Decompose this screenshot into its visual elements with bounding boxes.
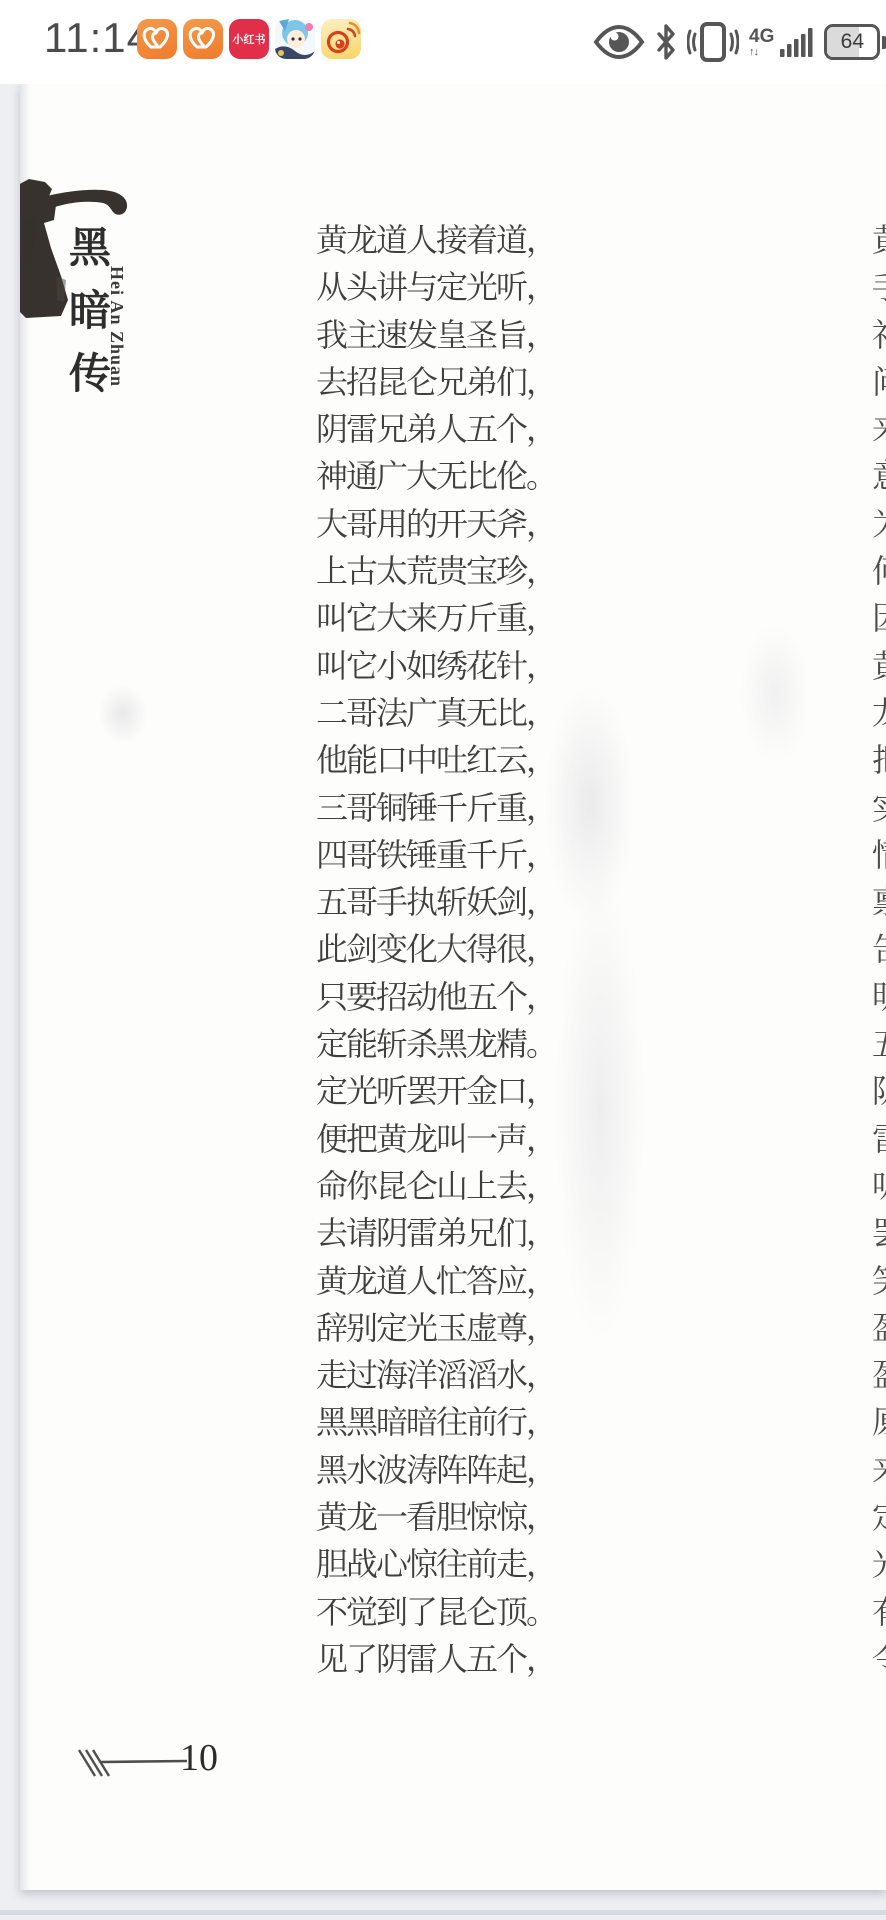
scan-smudge <box>98 684 148 744</box>
poem-line: 二哥法广真无比， <box>316 690 616 737</box>
partial-glyph: 令 <box>872 1636 886 1683</box>
poem-line: 上古太荒贵宝珍， <box>316 548 616 595</box>
poem-line: 大哥用的开天斧， <box>316 501 616 548</box>
partial-glyph: 问 <box>872 359 886 406</box>
battery-percent: 64 <box>841 30 864 54</box>
partial-glyph: 黄 <box>872 643 886 690</box>
battery-indicator: 64 <box>824 24 886 60</box>
health-app-icon <box>183 19 223 59</box>
partial-glyph: 听 <box>872 1163 886 1210</box>
background-divider <box>0 1910 886 1915</box>
double-heart-icon <box>137 19 177 59</box>
partial-glyph: 笑 <box>872 1258 886 1305</box>
poem-line: 此剑变化大得很， <box>316 926 616 973</box>
bluetooth-icon <box>655 23 677 61</box>
poem-line: 不觉到了昆仑顶。 <box>316 1589 616 1636</box>
partial-glyph: 盈 <box>872 1352 886 1399</box>
battery-body: 64 <box>824 24 880 60</box>
poem-column: 黄龙道人接着道，从头讲与定光听，我主速发皇圣旨，去招昆仑兄弟们，阴雷兄弟人五个，… <box>316 217 616 1683</box>
poem-line: 五哥手执斩妖剑， <box>316 879 616 926</box>
partial-glyph: 有 <box>872 1589 886 1636</box>
poem-line: 定光听罢开金口， <box>316 1068 616 1115</box>
poem-line: 我主速发皇圣旨， <box>316 312 616 359</box>
poem-line: 走过海洋滔滔水， <box>316 1352 616 1399</box>
poem-line: 从头讲与定光听， <box>316 264 616 311</box>
poem-line: 胆战心惊往前走， <box>316 1541 616 1588</box>
partial-glyph: 手 <box>872 264 886 311</box>
poem-line: 辞别定光玉虚尊， <box>316 1305 616 1352</box>
battery-nub <box>882 36 886 49</box>
poem-line: 去请阴雷弟兄们， <box>316 1210 616 1257</box>
poem-line: 去招昆仑兄弟们， <box>316 359 616 406</box>
partial-glyph: 黄 <box>872 217 886 264</box>
health-app-icon <box>137 19 177 59</box>
poem-line: 黑黑暗暗往前行， <box>316 1399 616 1446</box>
network-type: 4G ↑↓ <box>749 27 774 58</box>
partial-glyph: 情 <box>872 832 886 879</box>
poem-line: 定能斩杀黑龙精。 <box>316 1021 616 1068</box>
partial-glyph: 定 <box>872 1494 886 1541</box>
poem-line: 黑水波涛阵阵起， <box>316 1447 616 1494</box>
poem-line: 他能口中吐红云， <box>316 737 616 784</box>
poem-line: 神通广大无比伦。 <box>316 453 616 500</box>
partial-glyph: 把 <box>872 737 886 784</box>
notification-icons: 小红书 <box>137 19 361 59</box>
poem-line: 见了阴雷人五个， <box>316 1636 616 1683</box>
partial-glyph: 为 <box>872 501 886 548</box>
weibo-app-icon <box>321 19 361 59</box>
xiaohongshu-app-icon: 小红书 <box>229 19 269 59</box>
partial-glyph: 告 <box>872 926 886 973</box>
book-page[interactable]: 黑暗传 Hei An Zhuan 黄龙道人接着道，从头讲与定光听，我主速发皇圣旨… <box>20 84 886 1890</box>
poem-line: 三哥铜锤千斤重， <box>316 785 616 832</box>
phone-screen: 11:14 小红书 <box>0 0 886 1920</box>
partial-glyph: 原 <box>872 1399 886 1446</box>
partial-glyph: 光 <box>872 1541 886 1588</box>
partial-glyph: 雷 <box>872 1116 886 1163</box>
data-arrows-icon: ↑↓ <box>749 47 758 58</box>
partial-glyph: 明 <box>872 974 886 1021</box>
partial-glyph: 禀 <box>872 879 886 926</box>
scan-smudge <box>740 624 810 764</box>
next-column-partial: 黄手礼问来意为何因黄龙把实情禀告明五阴雷听罢笑盈盈原来定光有令 <box>872 217 886 1683</box>
poem-line: 叫它大来万斤重， <box>316 595 616 642</box>
poem-line: 黄龙道人接着道， <box>316 217 616 264</box>
poem-line: 黄龙道人忙答应， <box>316 1258 616 1305</box>
partial-glyph: 实 <box>872 785 886 832</box>
partial-glyph: 阴 <box>872 1068 886 1115</box>
eye-comfort-icon <box>593 24 645 60</box>
double-heart-icon <box>183 19 223 59</box>
partial-glyph: 龙 <box>872 690 886 737</box>
partial-glyph: 礼 <box>872 312 886 359</box>
status-bar: 11:14 小红书 <box>0 0 886 84</box>
partial-glyph: 来 <box>872 1447 886 1494</box>
clock: 11:14 <box>44 14 151 62</box>
title-pinyin: Hei An Zhuan <box>106 266 127 387</box>
xiaohongshu-label: 小红书 <box>233 31 266 47</box>
partial-glyph: 盈 <box>872 1305 886 1352</box>
partial-glyph: 来 <box>872 406 886 453</box>
poem-line: 四哥铁锤重千斤， <box>316 832 616 879</box>
vibrate-icon <box>687 22 739 62</box>
weibo-eye-icon <box>321 19 361 59</box>
status-indicators: 4G ↑↓ 64 <box>593 18 886 66</box>
partial-glyph: 因 <box>872 595 886 642</box>
page-number: 10 <box>180 1736 218 1780</box>
partial-glyph: 意 <box>872 453 886 500</box>
anime-avatar-icon <box>275 19 315 59</box>
partial-glyph: 何 <box>872 548 886 595</box>
poem-line: 黄龙一看胆惊惊， <box>316 1494 616 1541</box>
poem-line: 阴雷兄弟人五个， <box>316 406 616 453</box>
poem-line: 只要招动他五个， <box>316 974 616 1021</box>
poem-line: 命你昆仑山上去， <box>316 1163 616 1210</box>
poem-line: 便把黄龙叫一声， <box>316 1116 616 1163</box>
poem-line: 叫它小如绣花针， <box>316 643 616 690</box>
page-left-edge <box>20 84 30 1890</box>
signal-bars-icon <box>780 26 814 58</box>
network-type-label: 4G <box>749 27 774 46</box>
partial-glyph: 五 <box>872 1021 886 1068</box>
partial-glyph: 罢 <box>872 1210 886 1257</box>
anime-app-icon <box>275 19 315 59</box>
